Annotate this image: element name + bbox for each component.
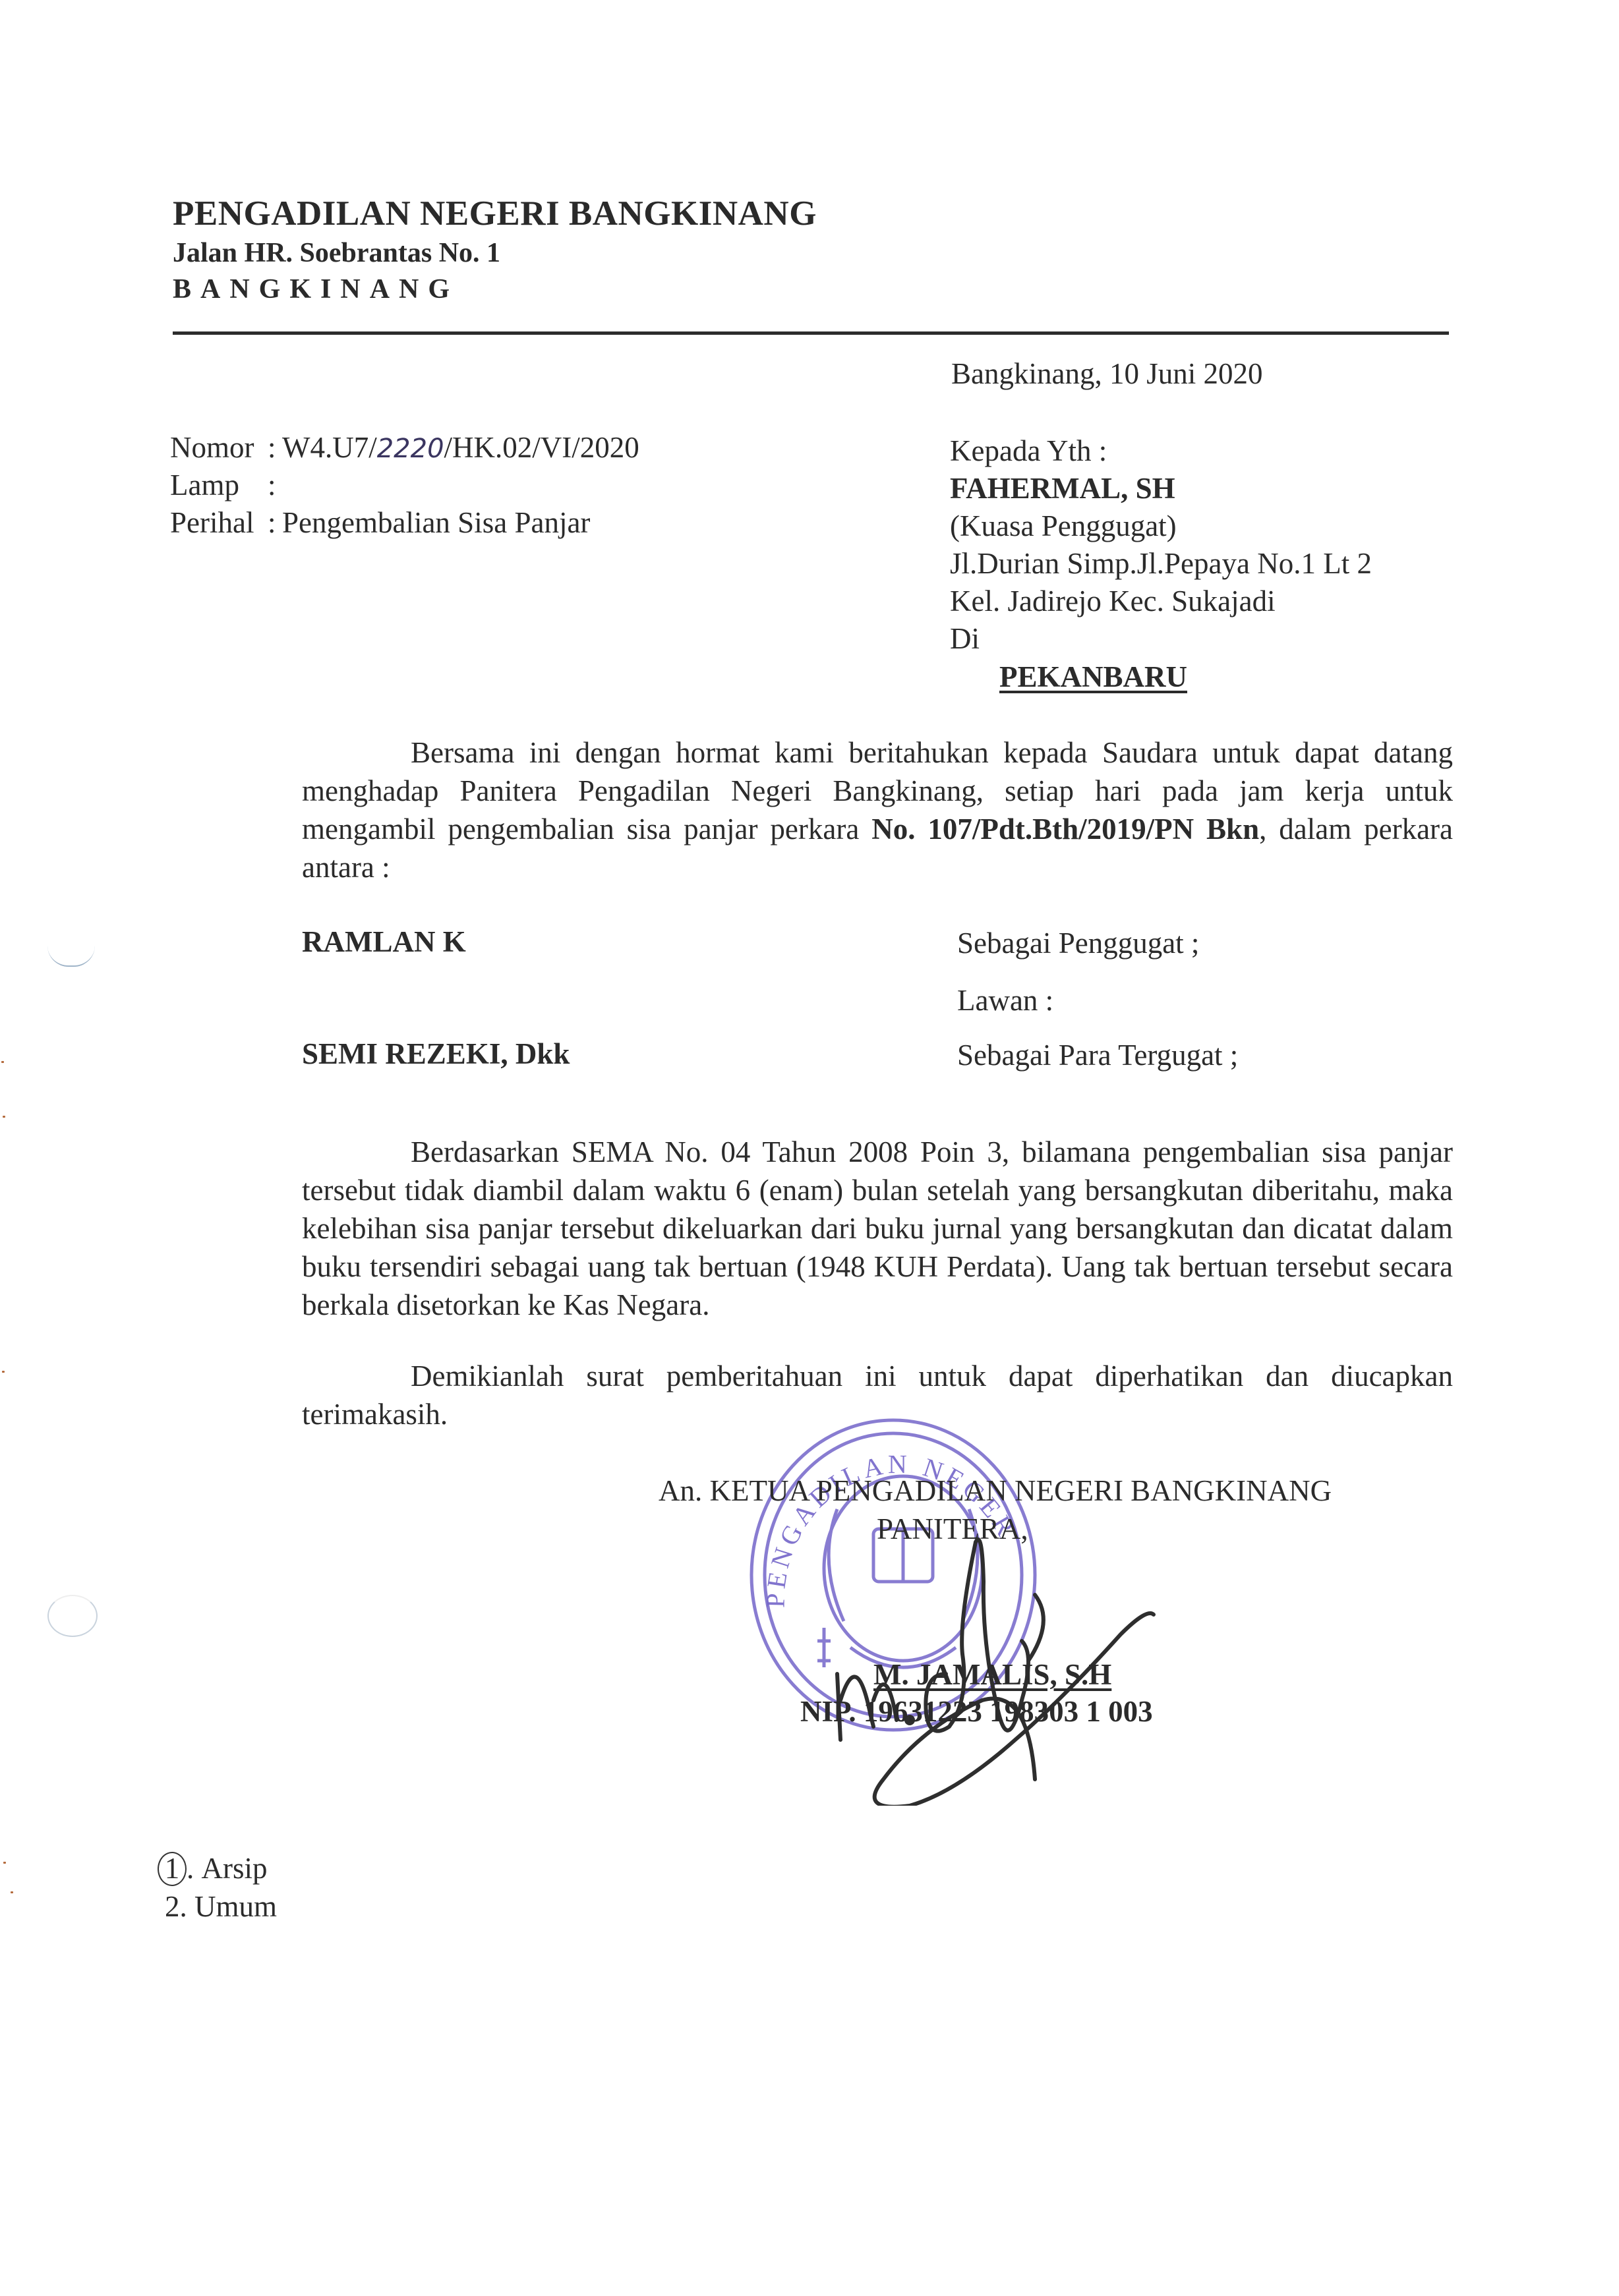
- meta-lamp: Lamp:: [170, 466, 282, 504]
- letterhead-divider: [173, 331, 1449, 335]
- body-paragraph-2: Berdasarkan SEMA No. 04 Tahun 2008 Poin …: [302, 1133, 1453, 1324]
- meta-perihal-label: Perihal: [170, 503, 268, 542]
- copy-item-1: 1. Arsip: [162, 1849, 268, 1887]
- meta-colon: :: [268, 503, 282, 542]
- copy-item-2: 2. Umum: [165, 1887, 277, 1926]
- handwritten-signature-icon: [811, 1503, 1180, 1806]
- recipient-role: (Kuasa Penggugat): [950, 507, 1177, 545]
- party-plaintiff-role: Sebagai Penggugat ;: [957, 924, 1199, 962]
- letterhead-address: Jalan HR. Soebrantas No. 1: [173, 237, 500, 269]
- scan-speck: [11, 1891, 13, 1893]
- meta-lamp-label: Lamp: [170, 466, 268, 504]
- meta-nomor-label: Nomor: [170, 428, 268, 467]
- recipient-address-line2: Kel. Jadirejo Kec. Sukajadi: [950, 582, 1276, 620]
- scan-speck: [3, 1116, 5, 1118]
- party-defendant-name: SEMI REZEKI, Dkk: [302, 1035, 570, 1073]
- meta-colon: :: [268, 466, 282, 504]
- punch-hole-mark: [47, 1595, 98, 1637]
- body-paragraph-1: Bersama ini dengan hormat kami beritahuk…: [302, 733, 1453, 886]
- scan-speck: [1, 1061, 4, 1063]
- copy-label: Umum: [194, 1890, 277, 1923]
- punch-hole-mark: [47, 946, 95, 967]
- signatory-name: M. JAMALIS, S.H: [873, 1655, 1111, 1694]
- case-number: No. 107/Pdt.Bth/2019/PN Bkn: [871, 813, 1259, 846]
- party-versus: Lawan :: [957, 981, 1053, 1019]
- copy-number-circled: 1: [158, 1852, 187, 1886]
- meta-perihal-value: Pengembalian Sisa Panjar: [282, 506, 590, 539]
- scan-speck: [2, 1371, 5, 1373]
- meta-colon: :: [268, 428, 282, 467]
- meta-nomor-prefix: W4.U7/: [282, 431, 377, 464]
- meta-nomor-suffix: /HK.02/VI/2020: [444, 431, 639, 464]
- signatory-nip: NIP. 19631223 198303 1 003: [800, 1692, 1153, 1731]
- recipient-name: FAHERMAL, SH: [950, 469, 1175, 507]
- meta-nomor-handwritten: 2220: [377, 434, 444, 464]
- recipient-di: Di: [950, 619, 980, 658]
- scan-speck: [3, 1862, 6, 1864]
- recipient-greeting: Kepada Yth :: [950, 432, 1107, 470]
- party-plaintiff-name: RAMLAN K: [302, 923, 466, 961]
- letterhead-city: BANGKINANG: [173, 273, 459, 305]
- recipient-city: PEKANBARU: [999, 658, 1187, 696]
- copy-label: Arsip: [202, 1852, 268, 1885]
- party-defendant-role: Sebagai Para Tergugat ;: [957, 1036, 1238, 1074]
- meta-nomor: Nomor:W4.U7/2220/HK.02/VI/2020: [170, 428, 639, 468]
- meta-perihal: Perihal:Pengembalian Sisa Panjar: [170, 503, 590, 542]
- letter-date: Bangkinang, 10 Juni 2020: [951, 355, 1262, 393]
- letterhead-institution: PENGADILAN NEGERI BANGKINANG: [173, 194, 817, 233]
- copy-number: 2.: [165, 1890, 187, 1923]
- recipient-address-line1: Jl.Durian Simp.Jl.Pepaya No.1 Lt 2: [950, 544, 1372, 583]
